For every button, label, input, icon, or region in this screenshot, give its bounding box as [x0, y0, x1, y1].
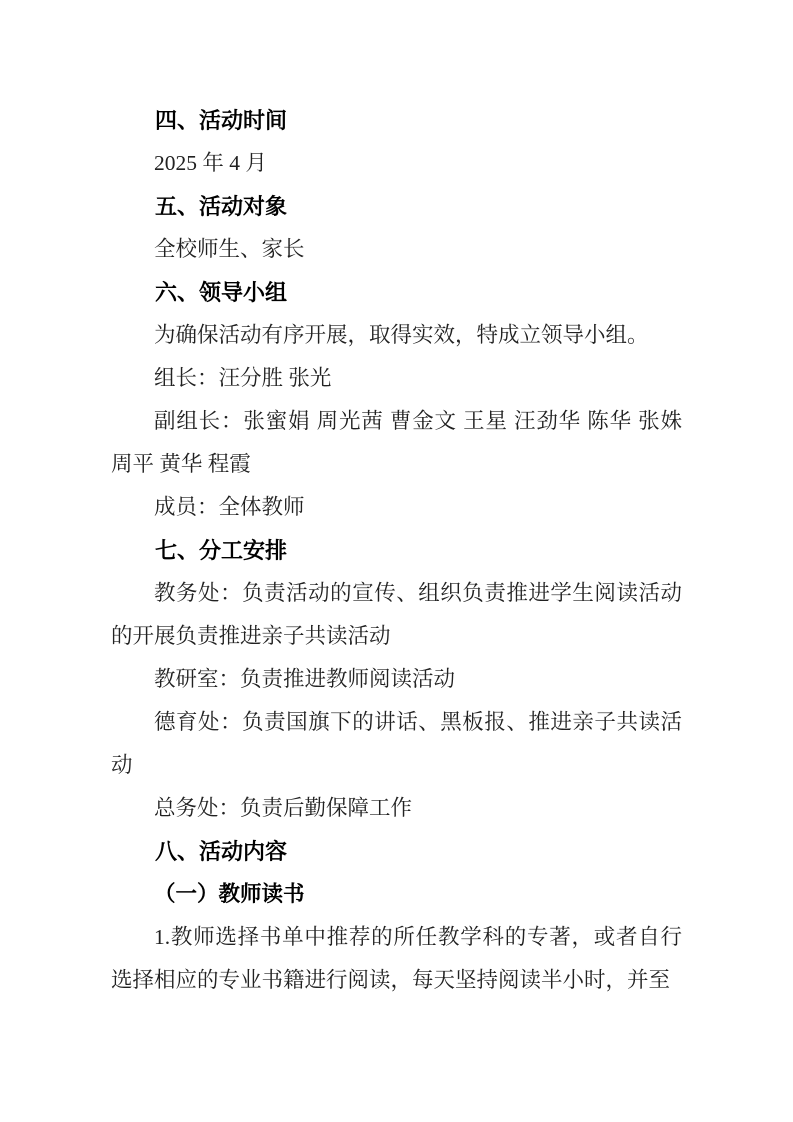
activity-audience-value: 全校师生、家长 — [111, 228, 682, 271]
moral-education-duty-line: 德育处：负责国旗下的讲话、黑板报、推进亲子共读活动 — [111, 701, 682, 787]
subheading-teacher-reading: （一）教师读书 — [111, 873, 682, 916]
teaching-research-duty-line: 教研室：负责推进教师阅读活动 — [111, 658, 682, 701]
document-page: 四、活动时间 2025 年 4 月 五、活动对象 全校师生、家长 六、领导小组 … — [0, 0, 793, 1122]
academic-affairs-duty-line: 教务处：负责活动的宣传、组织负责推进学生阅读活动的开展负责推进亲子共读活动 — [111, 572, 682, 658]
heading-work-division: 七、分工安排 — [111, 529, 682, 572]
activity-time-value: 2025 年 4 月 — [111, 142, 682, 185]
heading-activity-time: 四、活动时间 — [111, 99, 682, 142]
general-affairs-duty-line: 总务处：负责后勤保障工作 — [111, 787, 682, 830]
group-leader-line: 组长：汪分胜 张光 — [111, 357, 682, 400]
members-line: 成员：全体教师 — [111, 486, 682, 529]
heading-leading-group: 六、领导小组 — [111, 271, 682, 314]
document-body: 四、活动时间 2025 年 4 月 五、活动对象 全校师生、家长 六、领导小组 … — [111, 99, 682, 1002]
deputy-group-leader-line: 副组长：张蜜娟 周光茜 曹金文 王星 汪劲华 陈华 张姝 周平 黄华 程霞 — [111, 400, 682, 486]
heading-activity-audience: 五、活动对象 — [111, 185, 682, 228]
teacher-reading-point-1: 1.教师选择书单中推荐的所任教学科的专著，或者自行选择相应的专业书籍进行阅读，每… — [111, 916, 682, 1002]
leading-group-intro: 为确保活动有序开展，取得实效，特成立领导小组。 — [111, 314, 682, 357]
heading-activity-content: 八、活动内容 — [111, 830, 682, 873]
